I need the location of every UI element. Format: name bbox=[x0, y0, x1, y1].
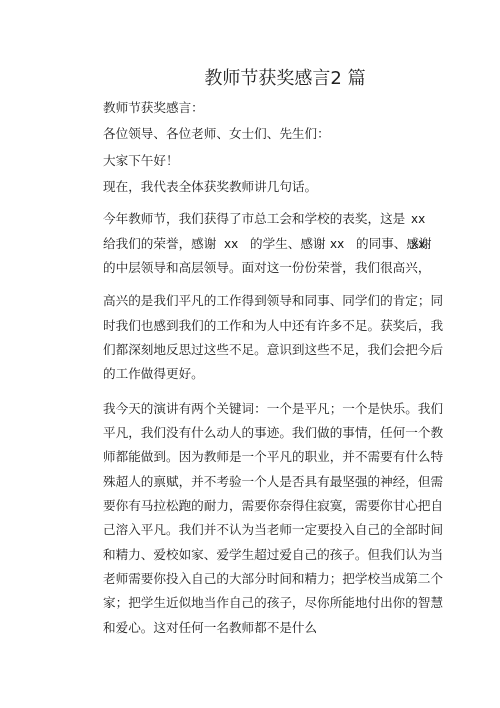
paragraph-line: 师都能做到。因为教师是一个平凡的职业，并不需要有什么特 bbox=[103, 449, 443, 465]
placeholder-xx: xx bbox=[224, 237, 238, 251]
paragraph-line: 家；把学生近似地当作自己的孩子，尽你所能地付出你的智慧 bbox=[103, 595, 443, 611]
paragraph-line: 我今天的演讲有两个关键词：一个是平凡；一个是快乐。我们 bbox=[103, 401, 443, 417]
paragraph-line: 和爱心。这对任何一名教师都不是什么 bbox=[103, 620, 317, 636]
paragraph-line: 现在，我代表全体获奖教师讲几句话。 bbox=[103, 179, 317, 195]
paragraph-line: 和精力、爱校如家、爱学生超过爱自己的孩子。但我们认为当 bbox=[103, 547, 443, 563]
paragraph-line: 大家下午好！ bbox=[103, 153, 179, 169]
paragraph-line: 时我们也感到我们的工作和为人中还有许多不足。获奖后，我 bbox=[103, 318, 443, 334]
paragraph-line: 们都深刻地反思过这些不足。意识到这些不足，我们会把今后 bbox=[103, 342, 443, 358]
paragraph-line: 教师节获奖感言： bbox=[103, 100, 204, 116]
paragraph-line: 各位领导、各位老师、女士们、先生们： bbox=[103, 126, 330, 142]
paragraph-line: 己溶入平凡。我们并不认为当老师一定要投入自己的全部时间 bbox=[103, 522, 443, 538]
paragraph-line: 殊超人的禀赋，并不考验一个人是否具有最坚强的神经，但需 bbox=[103, 474, 443, 490]
paragraph-line: 的工作做得更好。 bbox=[103, 366, 204, 382]
placeholder-xx: xx bbox=[330, 237, 344, 251]
text-fragment: 的学生、感谢 bbox=[250, 236, 326, 252]
paragraph-line: 给我们的荣誉，感谢 bbox=[103, 236, 216, 252]
paragraph-line: 要你有马拉松跑的耐力，需要你奈得住寂寞，需要你甘心把自 bbox=[103, 498, 443, 514]
paragraph-line: 高兴的是我们平凡的工作得到领导和同事、同学们的肯定；同 bbox=[103, 293, 443, 309]
paragraph-line: 老师需要你投入自己的大部分时间和精力；把学校当成第二个 bbox=[103, 571, 443, 587]
paragraph-line: 平凡，我们没有什么动人的事迹。我们做的事情，任何一个教 bbox=[103, 425, 443, 441]
paragraph-line: 的中层领导和高层领导。面对这一份份荣誉，我们很高兴， bbox=[103, 260, 430, 276]
document-title: 教师节获奖感言2 篇 bbox=[0, 64, 500, 90]
paragraph-line: 今年教师节，我们获得了市总工会和学校的表奖，这是 bbox=[103, 211, 405, 227]
placeholder-xx: xx bbox=[411, 237, 425, 251]
placeholder-xx: xx bbox=[411, 212, 425, 226]
